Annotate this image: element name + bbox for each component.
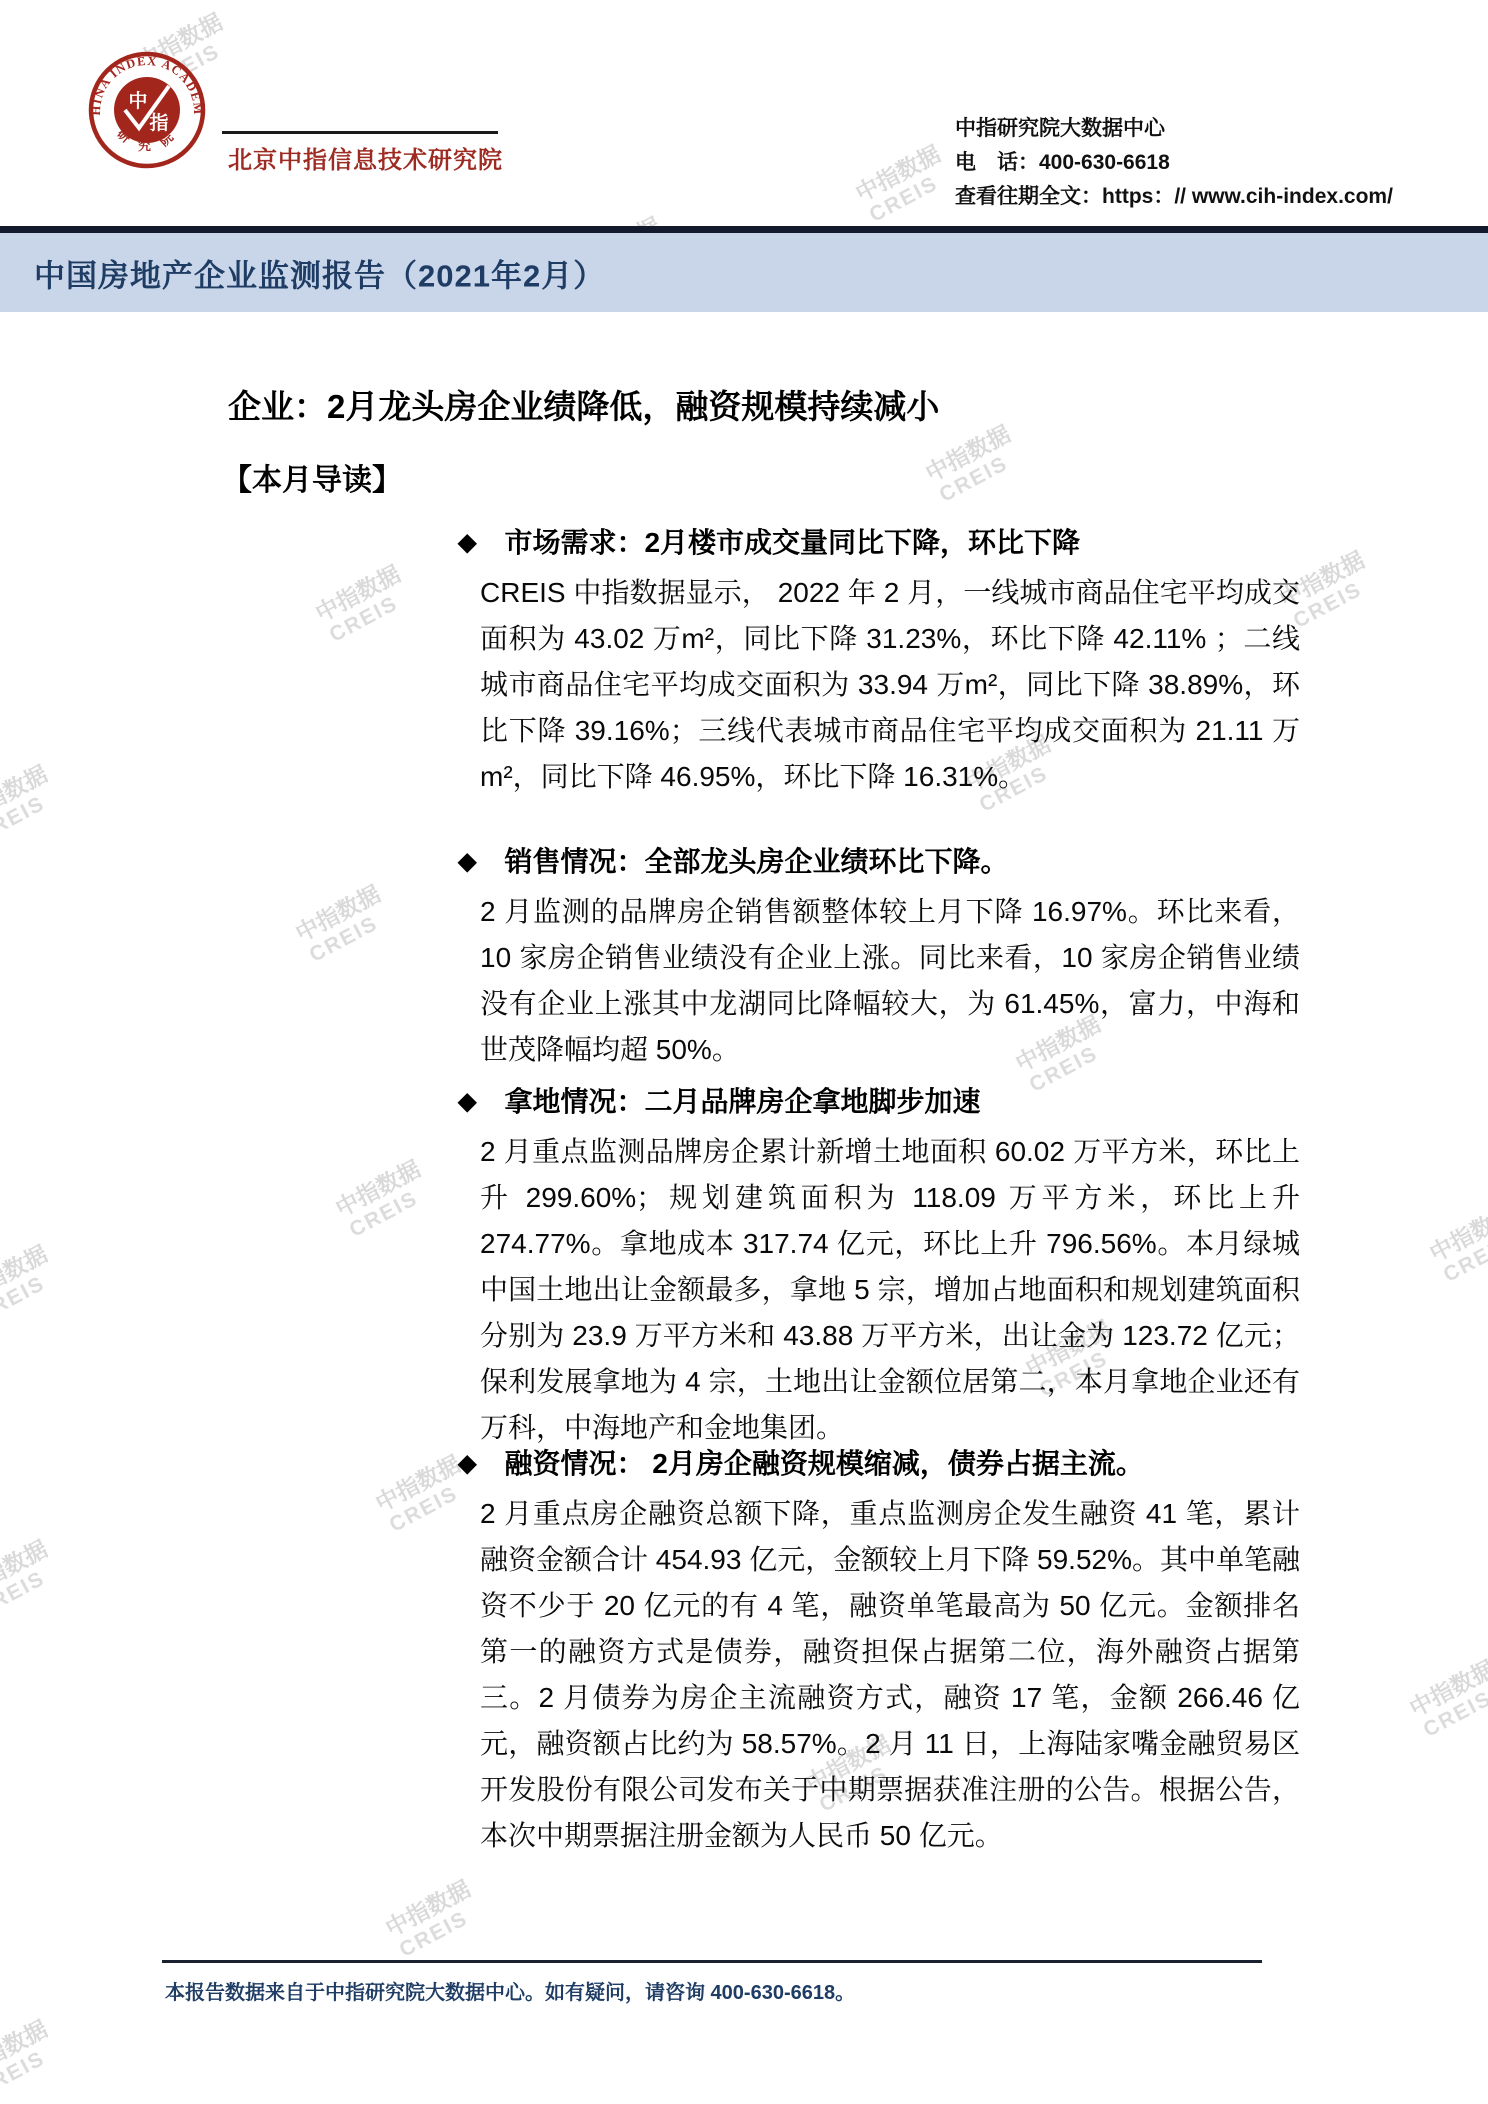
footer-note: 本报告数据来自于中指研究院大数据中心。如有疑问，请咨询 400-630-6618… — [165, 1976, 855, 2005]
page-footer: 本报告数据来自于中指研究院大数据中心。如有疑问，请咨询 400-630-6618… — [0, 0, 1488, 2104]
report-page: 中指数据CREIS中指数据CREIS中指数据CREIS中指数据CREIS中指数据… — [0, 0, 1488, 2104]
footer-divider — [162, 1960, 1262, 1963]
